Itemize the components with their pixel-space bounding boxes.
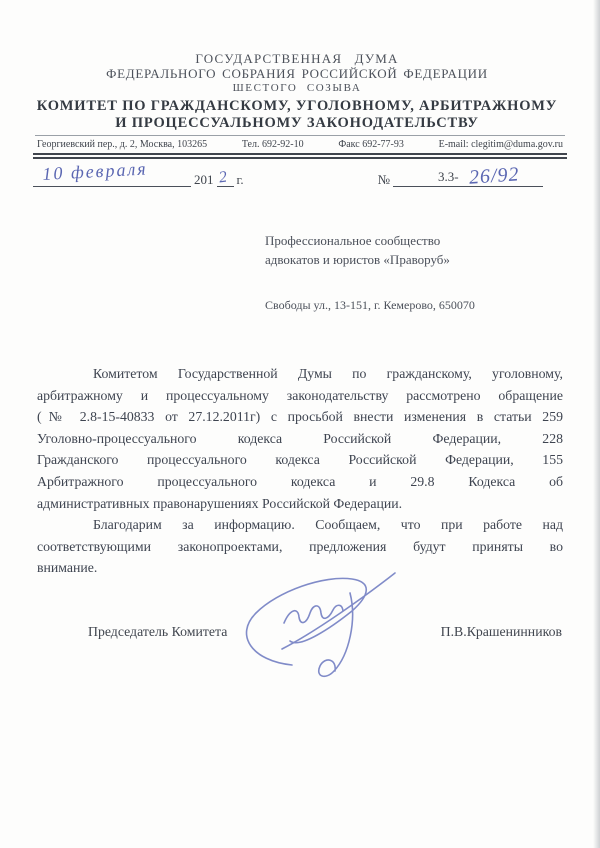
- handwritten-number: 26/92: [468, 163, 520, 189]
- year-suffix: г.: [234, 172, 247, 187]
- letter-body: Комитетом Государственной Думы по гражда…: [37, 363, 563, 579]
- scanned-letter-page: ГОСУДАРСТВЕННАЯ ДУМА ФЕДЕРАЛЬНОГО СОБРАН…: [0, 0, 600, 848]
- body-line: арбитражному и процессуальному законодат…: [37, 385, 563, 407]
- body-line: (№ 2.8-15-40833 от 27.12.2011г) с просьб…: [37, 406, 563, 428]
- handwritten-year-digit: 2: [217, 169, 227, 188]
- contact-info-row: Георгиевский пер., д. 2, Москва, 103265 …: [37, 139, 563, 150]
- date-and-number-line: 10 февраля 201 2 г. № 3.3- 26/92: [33, 160, 563, 187]
- body-line: Гражданского процессуального кодекса Рос…: [37, 449, 563, 471]
- letterhead-double-rule: [33, 153, 567, 159]
- body-line: Арбитражного процессуального кодекса и 2…: [37, 471, 563, 493]
- body-line: соответствующими законопроектами, предло…: [37, 536, 563, 558]
- phone-number: Тел. 692-92-10: [242, 139, 304, 150]
- addressee-name-line1: Профессиональное сообщество: [265, 231, 475, 250]
- handwritten-signature: [230, 565, 430, 685]
- addressee-postal-address: Свободы ул., 13-151, г. Кемерово, 650070: [265, 296, 475, 315]
- date-group: 10 февраля 201 2 г.: [33, 169, 247, 187]
- fax-number: Факс 692-77-93: [338, 139, 404, 150]
- letterhead-thin-rule: [35, 135, 565, 136]
- number-blank-line: 3.3- 26/92: [393, 169, 543, 187]
- body-line: административных правонарушениях Российс…: [37, 493, 563, 515]
- committee-title-line2: И ПРОЦЕССУАЛЬНОМУ ЗАКОНОДАТЕЛЬСТВУ: [0, 115, 594, 132]
- year-blank-line: 2: [217, 169, 234, 187]
- page-right-edge-shadow: [593, 0, 600, 848]
- signer-name: П.В.Крашенинников: [441, 624, 562, 640]
- committee-title-line1: КОМИТЕТ ПО ГРАЖДАНСКОМУ, УГОЛОВНОМУ, АРБ…: [0, 98, 594, 115]
- handwritten-date: 10 февраля: [42, 159, 148, 185]
- body-line: Комитетом Государственной Думы по гражда…: [37, 363, 563, 385]
- month-blank-line: 10 февраля: [59, 169, 191, 187]
- year-printed: 201: [191, 172, 217, 187]
- signer-position: Председатель Комитета: [88, 624, 227, 640]
- convocation-line: ШЕСТОГО СОЗЫВА: [0, 82, 594, 94]
- org-name-line2: ФЕДЕРАЛЬНОГО СОБРАНИЯ РОССИЙСКОЙ ФЕДЕРАЦ…: [0, 66, 594, 82]
- body-line: Уголовно-процессуального кодекса Российс…: [37, 428, 563, 450]
- email-address: E-mail: clegitim@duma.gov.ru: [439, 139, 563, 150]
- addressee-name-line2: адвокатов и юристов «Праворуб»: [265, 250, 475, 269]
- street-address: Георгиевский пер., д. 2, Москва, 103265: [37, 139, 207, 150]
- number-typed-part: 3.3-: [438, 169, 459, 185]
- addressee-block: Профессиональное сообщество адвокатов и …: [265, 231, 475, 315]
- org-name-line1: ГОСУДАРСТВЕННАЯ ДУМА: [0, 51, 594, 67]
- number-sign: №: [375, 172, 393, 187]
- body-line: Благодарим за информацию. Сообщаем, что …: [37, 514, 563, 536]
- number-group: № 3.3- 26/92: [375, 169, 563, 187]
